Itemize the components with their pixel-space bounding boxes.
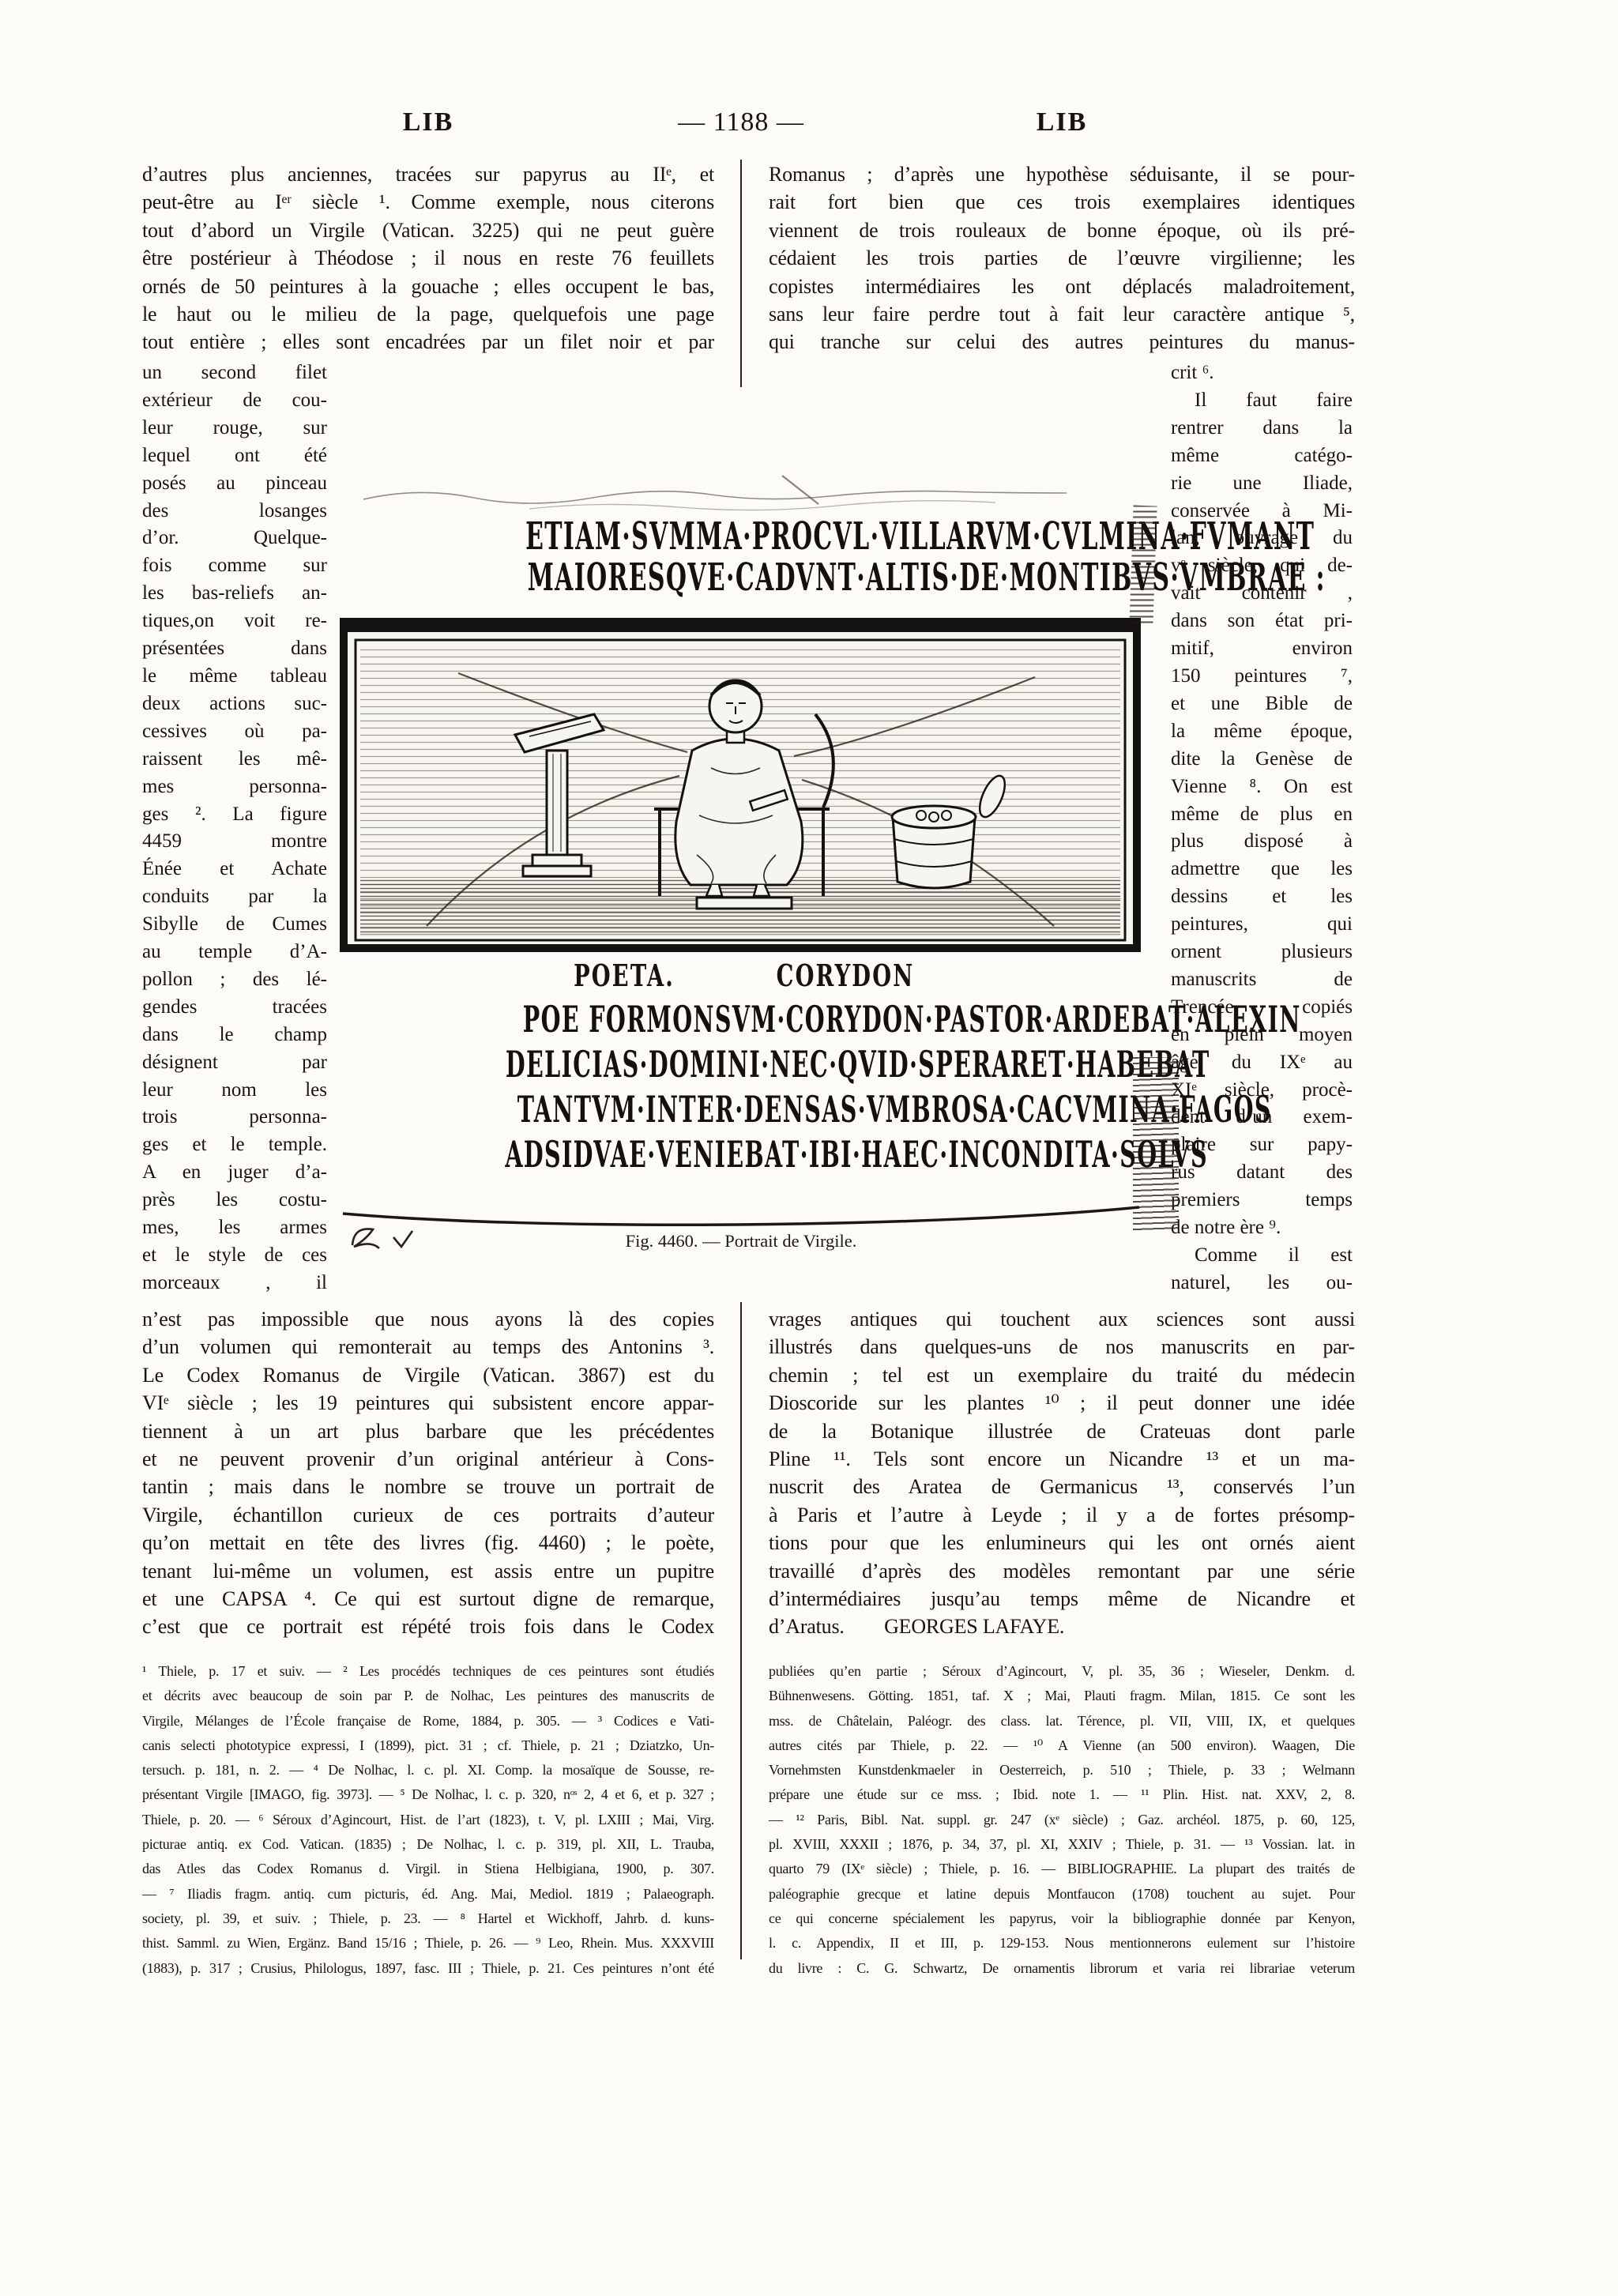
text-line: sans leur faire perdre tout à fait leur … (769, 300, 1355, 328)
text-line: un second filet (142, 359, 327, 387)
footstool-shape (697, 898, 792, 909)
text-line: peintures, qui (1171, 911, 1353, 939)
footnote-line: publiées qu’en partie ; Séroux d’Agincou… (769, 1659, 1355, 1684)
footnote-line: canis selecti phototypice expressi, I (1… (142, 1733, 714, 1758)
text-line: les bas-reliefs an- (142, 580, 327, 608)
text-line: près les costu- (142, 1187, 327, 1214)
text-line: Le Codex Romanus de Virgile (Vatican. 38… (142, 1361, 714, 1389)
column-divider-top (740, 160, 742, 387)
text-line: Dioscoride sur les plantes ¹⁰ ; il peut … (769, 1389, 1355, 1417)
text-line: ornés de 50 peintures à la gouache ; ell… (142, 273, 714, 300)
text-line: rentrer dans la (1171, 415, 1353, 442)
footnote-line: mss. de Châtelain, Paléogr. des class. l… (769, 1709, 1355, 1733)
text-line: Comme il est (1171, 1242, 1353, 1270)
text-line: ges et le temple. (142, 1131, 327, 1159)
text-line: tiennent à un art plus barbare que les p… (142, 1417, 714, 1445)
text-line: le haut ou le milieu de la page, quelque… (142, 300, 714, 328)
text-line: tout entière ; elles sont encadrées par … (142, 328, 714, 356)
right-column-bottom-paragraph: vrages antiques qui touchent aux science… (769, 1305, 1355, 1641)
manuscript-line: MAIORESQVE·CADVNT·ALTIS·DE·MONTIBVS·VMBR… (340, 558, 1142, 599)
manuscript-line: ADSIDVAE·VENIEBAT·IBI·HAEC·INCONDITA·SOL… (340, 1135, 1142, 1180)
right-column-top-paragraph: Romanus ; d’après une hypothèse séduisan… (769, 160, 1355, 356)
text-line: VIᵉ siècle ; les 19 peintures qui subsis… (142, 1389, 714, 1417)
text-line: fois comme sur (142, 552, 327, 580)
footnote-line: prépare une étude sur ce mss. ; Ibid. no… (769, 1782, 1355, 1807)
footnote-line: thist. Samml. zu Wien, Ergänz. Band 15/1… (142, 1931, 714, 1955)
footnote-line: das Atles das Codex Romanus d. Virgil. i… (142, 1857, 714, 1881)
footnote-line: et décrits avec beaucoup de soin par P. … (142, 1684, 714, 1708)
footnote-line: présentant Virgile [IMAGO, fig. 3973]. —… (142, 1782, 714, 1807)
text-line: et le style de ces (142, 1242, 327, 1270)
text-line: extérieur de cou- (142, 387, 327, 415)
text-line: Pline ¹¹. Tels sont encore un Nicandre ¹… (769, 1445, 1355, 1473)
text-line: qu’on mettait en tête des livres (fig. 4… (142, 1529, 714, 1556)
text-line: 150 peintures ⁷, (1171, 663, 1353, 691)
text-line: mes, les armes (142, 1214, 327, 1242)
left-narrow-column: un second filetextérieur de cou-leur rou… (142, 359, 327, 1297)
text-line: d’or. Quelque- (142, 525, 327, 552)
text-line: ges ². La figure (142, 801, 327, 829)
manuscript-line: POE FORMONSVM·CORYDON·PASTOR·ARDEBAT·ALE… (340, 1000, 1142, 1045)
text-line: au temple d’A- (142, 939, 327, 966)
text-line: chemin ; tel est un exemplaire du traité… (769, 1361, 1355, 1389)
text-line: Énée et Achate (142, 856, 327, 883)
manuscript-text-bottom: POE FORMONSVM·CORYDON·PASTOR·ARDEBAT·ALE… (340, 1000, 1142, 1180)
text-line: dite la Genèse de (1171, 746, 1353, 773)
manuscript-line-text: MAIORESQVE·CADVNT·ALTIS·DE·MONTIBVS·VMBR… (528, 556, 1326, 600)
footnote-line: (1883), p. 317 ; Crusius, Philologus, 18… (142, 1956, 714, 1981)
footnote-line: picturae antiq. ex Cod. Vatican. (1835) … (142, 1832, 714, 1857)
text-line: raissent les mê- (142, 746, 327, 773)
text-line: A en juger d’a- (142, 1159, 327, 1187)
footnotes-right: publiées qu’en partie ; Séroux d’Agincou… (769, 1659, 1355, 1981)
running-title-right: LIB (769, 107, 1355, 137)
text-line: trois personna- (142, 1104, 327, 1131)
speaker-labels: POETA. CORYDON (340, 958, 1142, 999)
text-line: leur rouge, sur (142, 415, 327, 442)
footnote-line: Bühnenwesens. Götting. 1851, taf. X ; Ma… (769, 1684, 1355, 1708)
footnote-line: — ⁷ Iliadis fragm. antiq. cum picturis, … (142, 1882, 714, 1906)
text-line: dans son état pri- (1171, 608, 1353, 635)
manuscript-line-text: DELICIAS·DOMINI·NEC·QVID·SPERARET·HABEBA… (506, 1044, 1210, 1086)
text-line: dessins et les (1171, 883, 1353, 911)
text-line: d’autres plus anciennes, tracées sur pap… (142, 160, 714, 188)
footnote-line: autres cités par Thiele, p. 22. — ¹⁰ A V… (769, 1733, 1355, 1758)
text-line: Sibylle de Cumes (142, 911, 327, 939)
footnote-line: Thiele, p. 20. — ⁶ Séroux d’Agincourt, H… (142, 1808, 714, 1832)
text-line: illustrés dans quelques-uns de nos manus… (769, 1333, 1355, 1361)
text-line: et une Bible de (1171, 691, 1353, 718)
text-line: Virgile, échantillon curieux de ces port… (142, 1501, 714, 1529)
text-line: mes personna- (142, 773, 327, 801)
running-title-left: LIB (142, 107, 714, 137)
text-line: lequel ont été (142, 442, 327, 470)
footnote-line: ce qui concerne spécialement les papyrus… (769, 1906, 1355, 1931)
text-line: viennent de trois rouleaux de bonne époq… (769, 216, 1355, 244)
text-line: Il faut faire (1171, 387, 1353, 415)
text-line: d’intermédiaires jusqu’au temps même de … (769, 1585, 1355, 1613)
text-line: posés au pinceau (142, 470, 327, 498)
text-line: ornent plusieurs (1171, 939, 1353, 966)
manuscript-line: TANTVM·INTER·DENSAS·VMBROSA·CACVMINA·FAG… (340, 1090, 1142, 1135)
text-line: cédaient les trois parties de l’œuvre vi… (769, 244, 1355, 272)
figure-4460: ETIAM·SVMMA·PROCVL·VILLARVM·CVLMINA·FVMA… (340, 472, 1142, 1272)
text-line: dans le champ (142, 1022, 327, 1049)
text-line: être postérieur à Théodose ; il nous en … (142, 244, 714, 272)
text-line: naturel, les ou- (1171, 1270, 1353, 1297)
text-line: d’Aratus. GEORGES LAFAYE. (769, 1613, 1355, 1640)
footnote-line: du livre : C. G. Schwartz, De ornamentis… (769, 1956, 1355, 1981)
text-line: cessives où pa- (142, 718, 327, 746)
text-line: travaillé d’après des modèles remontant … (769, 1557, 1355, 1585)
text-line: nuscrit des Aratea de Germanicus ¹³, con… (769, 1473, 1355, 1500)
text-line: et ne peuvent provenir d’un original ant… (142, 1445, 714, 1473)
text-line: crit ⁶. (1171, 359, 1353, 387)
text-line: vrages antiques qui touchent aux science… (769, 1305, 1355, 1333)
text-line: morceaux , il (142, 1270, 327, 1297)
text-line: même de plus en (1171, 801, 1353, 829)
manuscript-line-text: ETIAM·SVMMA·PROCVL·VILLARVM·CVLMINA·FVMA… (525, 515, 1315, 559)
text-line: 4459 montre (142, 828, 327, 856)
text-line: même catégo- (1171, 442, 1353, 470)
text-line: rie une Iliade, (1171, 470, 1353, 498)
manuscript-line-text: ADSIDVAE·VENIEBAT·IBI·HAEC·INCONDITA·SOL… (505, 1134, 1208, 1176)
sketch-scribbles (340, 472, 1142, 517)
footnote-line: tersuch. p. 181, n. 2. — ⁴ De Nolhac, l.… (142, 1758, 714, 1782)
footnote-line: quarto 79 (IXᵉ siècle) ; Thiele, p. 16. … (769, 1857, 1355, 1881)
left-column-top-paragraph: d’autres plus anciennes, tracées sur pap… (142, 160, 714, 356)
text-line: d’un volumen qui remonterait au temps de… (142, 1333, 714, 1361)
figure-caption: Fig. 4460. — Portrait de Virgile. (340, 1231, 1142, 1252)
text-line: deux actions suc- (142, 691, 327, 718)
text-line: leur nom les (142, 1077, 327, 1105)
text-line: admettre que les (1171, 856, 1353, 883)
virgil-portrait-illustration (340, 618, 1141, 953)
manuscript-line: DELICIAS·DOMINI·NEC·QVID·SPERARET·HABEBA… (340, 1045, 1142, 1090)
text-line: tions pour que les enlumineurs qui les o… (769, 1529, 1355, 1556)
text-line: peut-être au Iᵉʳ siècle ¹. Comme exemple… (142, 188, 714, 216)
text-line: c’est que ce portrait est répété trois f… (142, 1613, 714, 1640)
footnote-line: pl. XVIII, XXXII ; 1876, p. 34, 37, pl. … (769, 1832, 1355, 1857)
text-line: rait fort bien que ces trois exemplaires… (769, 188, 1355, 216)
text-line: manuscrits de (1171, 966, 1353, 994)
margin-hatching-top (1129, 506, 1157, 627)
text-line: de notre ère ⁹. (1171, 1214, 1353, 1242)
text-line: Romanus ; d’après une hypothèse séduisan… (769, 160, 1355, 188)
text-line: tantin ; mais dans le nombre se trouve u… (142, 1473, 714, 1500)
text-line: tout d’abord un Virgile (Vatican. 3225) … (142, 216, 714, 244)
text-line: la même époque, (1171, 718, 1353, 746)
text-line: à Paris et l’autre à Leyde ; il y a de f… (769, 1501, 1355, 1529)
footnote-line: Virgile, Mélanges de l’École française d… (142, 1709, 714, 1733)
footnote-line: Vornehmsten Kunstdenkmaeler in Oesterrei… (769, 1758, 1355, 1782)
footnotes-left: ¹ Thiele, p. 17 et suiv. — ² Les procédé… (142, 1659, 714, 1981)
text-line: pollon ; des lé- (142, 966, 327, 994)
text-line: présentées dans (142, 635, 327, 663)
text-line: Vienne ⁸. On est (1171, 773, 1353, 801)
footnote-line: — ¹² Paris, Bibl. Nat. suppl. gr. 247 (x… (769, 1808, 1355, 1832)
text-line: conduits par la (142, 883, 327, 911)
scanned-book-page: LIB — 1188 — LIB d’autres plus anciennes… (0, 0, 1618, 2296)
text-line: plus disposé à (1171, 828, 1353, 856)
text-line: le même tableau (142, 663, 327, 691)
text-line: et une CAPSA ⁴. Ce qui est surtout digne… (142, 1585, 714, 1613)
text-line: de la Botanique illustrée de Crateuas do… (769, 1417, 1355, 1445)
footnote-line: l. c. Appendix, II et III, p. 129-153. N… (769, 1931, 1355, 1955)
footnote-line: paléographie grecque et latine depuis Mo… (769, 1882, 1355, 1906)
column-divider-bottom (740, 1302, 742, 1959)
text-line: gendes tracées (142, 994, 327, 1022)
text-line: tenant lui-même un volumen, est assis en… (142, 1557, 714, 1585)
text-line: premiers temps (1171, 1187, 1353, 1214)
text-line: qui tranche sur celui des autres peintur… (769, 328, 1355, 356)
text-line: n’est pas impossible que nous ayons là d… (142, 1305, 714, 1333)
manuscript-line-text: POE FORMONSVM·CORYDON·PASTOR·ARDEBAT·ALE… (523, 999, 1301, 1041)
text-line: mitif, environ (1171, 635, 1353, 663)
footnote-line: society, pl. 39, et suiv. ; Thiele, p. 2… (142, 1906, 714, 1931)
manuscript-line: ETIAM·SVMMA·PROCVL·VILLARVM·CVLMINA·FVMA… (340, 517, 1142, 558)
left-column-bottom-paragraph: n’est pas impossible que nous ayons là d… (142, 1305, 714, 1641)
text-line: tiques,on voit re- (142, 608, 327, 635)
manuscript-text-top: ETIAM·SVMMA·PROCVL·VILLARVM·CVLMINA·FVMA… (340, 517, 1142, 599)
text-line: copistes intermédiaires les ont déplacés… (769, 273, 1355, 300)
text-line: des losanges (142, 498, 327, 525)
speaker-label-poeta: POETA. (574, 958, 675, 993)
footnote-line: ¹ Thiele, p. 17 et suiv. — ² Les procédé… (142, 1659, 714, 1684)
speaker-label-corydon: CORYDON (777, 958, 915, 993)
text-line: désignent par (142, 1049, 327, 1077)
